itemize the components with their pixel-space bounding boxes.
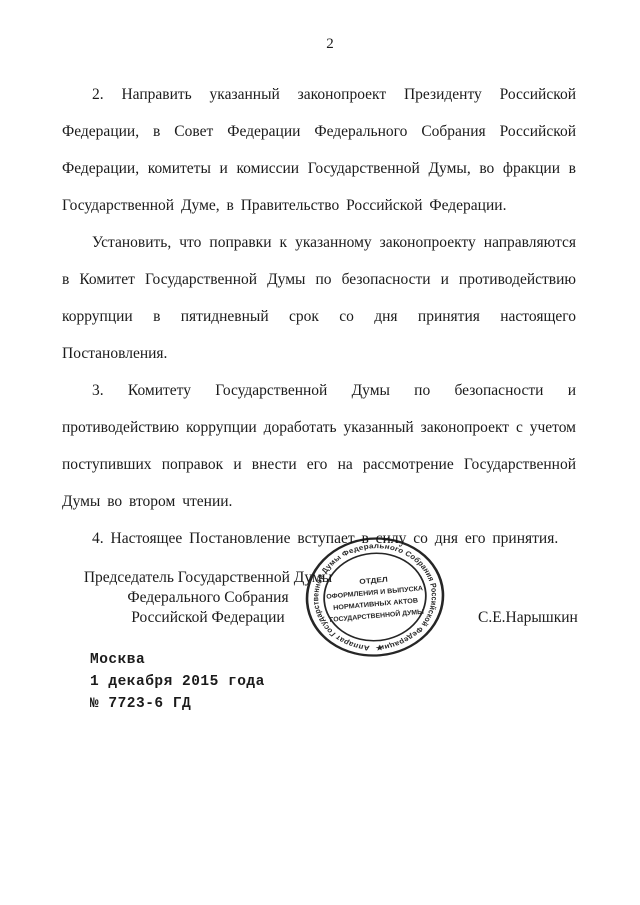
issuance-date: 1 декабря 2015 года <box>90 671 265 693</box>
signatory-title-line: Федерального Собрания <box>62 588 354 608</box>
issuance-number: № 7723-6 ГД <box>90 693 265 715</box>
stamp-center-line-1: ОТДЕЛ <box>359 575 388 586</box>
signatory-name: С.Е.Нарышкин <box>478 609 578 627</box>
paragraph-3-committee-revision: 3. Комитету Государственной Думы по безо… <box>62 372 576 520</box>
document-page: 2 2. Направить указанный законопроект Пр… <box>0 0 640 905</box>
page-number: 2 <box>20 36 640 53</box>
signatory-title-block: Председатель Государственной Думы Федера… <box>62 568 354 628</box>
signatory-title-line: Российской Федерации <box>62 608 354 628</box>
paragraph-4-entry-into-force: 4. Настоящее Постановление вступает в си… <box>62 520 576 557</box>
paragraph-2-send-bill: 2. Направить указанный законопроект През… <box>62 76 576 224</box>
stamp-star-icon: ★ <box>375 643 384 652</box>
issuance-block: Москва 1 декабря 2015 года № 7723-6 ГД <box>90 649 265 715</box>
signatory-title-line: Председатель Государственной Думы <box>62 568 354 588</box>
document-body: 2. Направить указанный законопроект През… <box>62 76 576 557</box>
paragraph-amendments-deadline: Установить, что поправки к указанному за… <box>62 224 576 372</box>
issuance-city: Москва <box>90 649 265 671</box>
